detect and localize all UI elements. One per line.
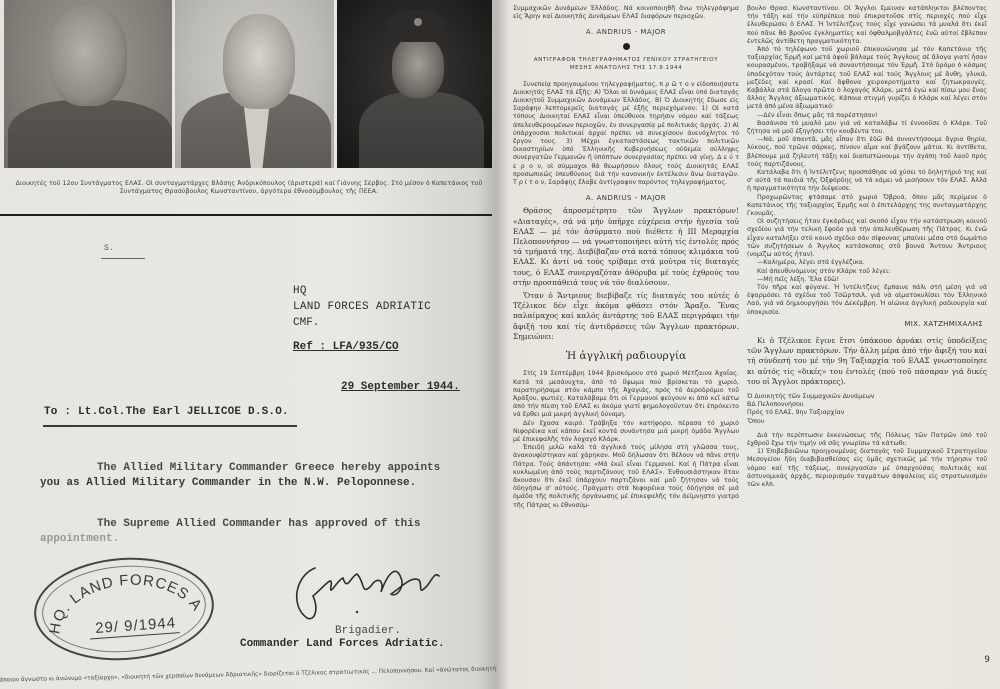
letter-hq: HQ (293, 285, 307, 297)
commentary-paragraph-3: Κι ὁ Τζέλικοε ἔγινε ἔτσι ὑπάκουο ἀρνάκι … (747, 336, 987, 387)
letter-cmf: CMF. (293, 317, 319, 329)
letter-commander: Commander Land Forces Adriatic. (240, 638, 445, 650)
signature-icon (285, 556, 445, 626)
story-paragraph-10: Καί ἀπευθυνόμενος στόν Κλάρκ τοῦ λέγει: (747, 268, 987, 276)
order-item-1: 1) Ἐπιβεβαιῶνω προηγουμένας διαταγάς τοῦ… (747, 448, 987, 489)
letter-addressee: To : Lt.Col.The Earl JELLICOE D.S.O. (44, 406, 289, 418)
letter-paragraph-2-line-2: appointment. (40, 533, 119, 545)
letter-paragraph-1-line-1: The Allied Military Commander Greece her… (97, 462, 440, 474)
story-paragraph-8: Προχωρῶντας φτάσαμε στό χωριό Ὄβρυά, ὅπο… (747, 194, 987, 219)
face-shape (49, 6, 127, 106)
bullet-separator-icon (623, 43, 630, 50)
portrait-strip (4, 0, 492, 168)
marker-underline (101, 258, 145, 259)
bottom-caption: κάποιον ἄγνωστο κι ἀνώνυμο «ταξίαρχο», «… (0, 666, 496, 684)
uniform-shape (8, 100, 172, 168)
right-page: Συμμαχικῶν Δυνάμεων Ἑλλάδος. Νά κοινοποι… (497, 0, 1000, 689)
quote-3: —Καλημέρα, λέγει στά ἐγγλέζικα. (747, 259, 987, 267)
story-paragraph-6: Βασάνισα τό μυαλό μου γιά νά καταλάβω τί… (747, 120, 987, 136)
letter-paragraph-2-line-1: The Supreme Allied Commander has approve… (97, 518, 420, 530)
telegram-heading: ΑΝΤΙΓΡΑΦΟΝ ΤΗΛΕΓΡΑΦΗΜΑΤΟΣ ΓΕΝΙΚΟΥ ΣΤΡΑΤΗ… (513, 56, 739, 72)
portrait-officer-medals (4, 0, 172, 168)
quote-4: —Μή πεῖς λέξη. Ἔλα ἐδῶ! (747, 276, 987, 284)
photo-caption: Διοικητές τοῦ 12ου Συντάγματος ΕΛΑΣ. Οἱ … (4, 180, 494, 196)
story-paragraph-1: Στίς 19 Σεπτέμβρη 1944 βρισκόμουν στό χω… (513, 370, 739, 419)
commentary-paragraph-2: Ὅταν ὁ Ἄντριους διεβίβαζε τίς διαταγές τ… (513, 291, 739, 342)
telegram-body: Συνεπείᾳ προηγουμένου τηλεγραφήματος, π … (513, 81, 739, 188)
story-paragraph-3: Ἐπειδή μιλῶ καλά τά ἀγγλικά τούς μίλησα … (513, 444, 739, 510)
quote-2: —Νά, μοῦ ἀπαντᾶ, μᾶς εἶπαν ὅτι ἐδῶ θά συ… (747, 136, 987, 169)
telegram-intro: Συμμαχικῶν Δυνάμεων Ἑλλάδος. Νά κοινοποι… (513, 5, 739, 21)
letter-date: 29 September 1944. (341, 381, 460, 393)
face-shape (223, 14, 295, 109)
story-paragraph-9: Οἱ συζητήσεις ἦταν ἐγκάρδιες καί σκοπό ε… (747, 218, 987, 259)
signature-andrius-2: A. ANDRIUS - MAJOR (513, 194, 739, 202)
letter-paragraph-1-line-2: you as Allied Military Commander in the … (40, 477, 416, 489)
order-body: Διά τήν περίπτωσιν ἐκκενώσεως τῆς Πόλεως… (747, 432, 987, 448)
letter-marker: S. (104, 244, 114, 253)
commentary-paragraph-1: Θράσος ἀπροσμέτρητο τῶν Ἄγγλων πρακτόρων… (513, 206, 739, 288)
story-paragraph-5: Ἀπό τό τηλέφωνο τοῦ χωριοῦ ἐπικοινώνησα … (747, 46, 987, 112)
quote-1: —Δέν εἶναι ὅπως μᾶς τά παρέστησαν! (747, 112, 987, 120)
author-signature: ΜΙΧ. ΧΑΤΖΗΜΙΧΑΛΗΣ (747, 320, 983, 328)
addressee-underline (43, 425, 297, 427)
portrait-man-suit (175, 0, 335, 168)
letter-unit: LAND FORCES ADRIATIC (293, 301, 431, 313)
story-paragraph-2: Δέν ἔχασα καιρό. Τράβηξα τόν κατήφορο, π… (513, 420, 739, 445)
story-paragraph-11: Τόν πῆρε καί φύγανε. Ἡ Ἰντέλιτζενς ἔμπαι… (747, 284, 987, 317)
order-to: Πρός τό ΕΛΑΣ, 9ην Ταξιαρχίαν (747, 409, 987, 417)
telegram-heading-line-2: ΜΕΣΗΣ ΑΝΑΤΟΛΗΣ ΤΗΣ 17.9.1944 (513, 64, 739, 72)
story-paragraph-7: Κατάλαβα ὅτι ἡ Ἰντέλιτζενς προσπάθησε νά… (747, 169, 987, 194)
military-cap-shape (387, 10, 445, 42)
order-place: Ὅπου (747, 418, 987, 426)
left-page: Διοικητές τοῦ 12ου Συντάγματος ΕΛΑΣ. Οἱ … (0, 0, 497, 689)
letter-rank: Brigadier. (335, 625, 401, 637)
order-from: Ὁ Διοικητής τῶν Συμμαχικῶν Δυνάμεων (747, 393, 987, 401)
telegram-heading-line-1: ΑΝΤΙΓΡΑΦΟΝ ΤΗΛΕΓΡΑΦΗΜΑΤΟΣ ΓΕΝΙΚΟΥ ΣΤΡΑΤΗ… (513, 56, 739, 64)
letter-reference: Ref : LFA/935/CO (293, 341, 399, 353)
portrait-officer-cap (337, 0, 492, 168)
column-right: βουλο Θρασ. Κωνσταντίνου. Οἱ Ἄγγλοι ἔμει… (747, 0, 987, 489)
column-left: Συμμαχικῶν Δυνάμεων Ἑλλάδος. Νά κοινοποι… (513, 0, 739, 510)
stamp-arc-text: HQ. LAND FORCES ADRIATIC (33, 554, 220, 668)
face-shape (392, 36, 444, 98)
page-number: 9 (984, 655, 990, 665)
story-paragraph-4: βουλο Θρασ. Κωνσταντίνου. Οἱ Ἄγγλοι ἔμει… (747, 5, 987, 46)
hq-stamp: HQ. LAND FORCES ADRIATIC 29/ 9/1944 (31, 552, 218, 666)
uniform-shape (359, 92, 484, 168)
signature-andrius-1: A. ANDRIUS - MAJOR (513, 28, 739, 36)
section-subheading: Ἡ ἀγγλική ραδιουργία (513, 352, 739, 360)
divider-rule (0, 214, 492, 216)
